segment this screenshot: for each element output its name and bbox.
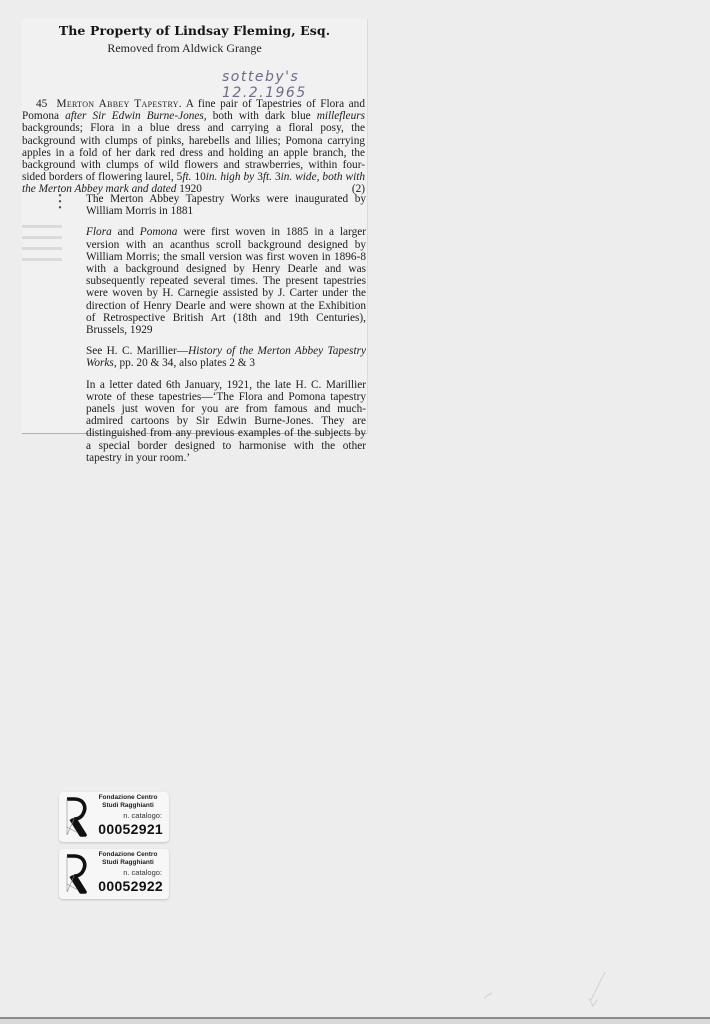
handwritten-annotation: sotteby's 12.2.1965 bbox=[222, 69, 367, 101]
bleed-through-text bbox=[22, 225, 62, 269]
asterism-mark: • •• bbox=[54, 194, 68, 212]
note-inauguration: The Merton Abbey Tapestry Works were ina… bbox=[86, 193, 366, 217]
lot-description: 45 Merton Abbey Tapestry. A fine pair of… bbox=[22, 98, 365, 196]
institution-name-line1: Fondazione Centro bbox=[89, 851, 167, 859]
catalogue-notes: The Merton Abbey Tapestry Works were ina… bbox=[86, 193, 366, 473]
catalog-number-label: n. catalogo: bbox=[123, 811, 162, 820]
provenance-line: Removed from Aldwick Grange bbox=[2, 41, 367, 55]
scan-background bbox=[0, 1019, 710, 1024]
note-weaving-history: Flora and Pomona were first woven in 188… bbox=[86, 226, 366, 336]
catalog-number: 00052922 bbox=[98, 878, 163, 894]
ragghianti-r-logo-icon bbox=[64, 854, 88, 894]
pencil-smudge-icon bbox=[482, 990, 496, 1000]
institution-name-line1: Fondazione Centro bbox=[89, 794, 167, 802]
note-letter-quote: In a letter dated 6th January, 1921, the… bbox=[86, 379, 366, 464]
institution-name-line2: Studi Ragghianti bbox=[89, 859, 167, 867]
lot-number: 45 bbox=[36, 98, 47, 110]
catalog-number: 00052921 bbox=[98, 821, 163, 837]
note-reference: See H. C. Marillier—History of the Merto… bbox=[86, 345, 366, 369]
lot-title: Merton Abbey Tapestry. bbox=[56, 98, 181, 110]
owner-heading: The Property of Lindsay Fleming, Esq. bbox=[22, 23, 367, 39]
pencil-smudge-icon bbox=[585, 970, 609, 1010]
auction-catalogue-clipping: The Property of Lindsay Fleming, Esq. Re… bbox=[22, 19, 367, 433]
catalog-number-label: n. catalogo: bbox=[123, 868, 162, 877]
institution-name-line2: Studi Ragghianti bbox=[89, 802, 167, 810]
catalog-label-1: Fondazione Centro Studi Ragghianti n. ca… bbox=[59, 792, 169, 842]
clipping-header: The Property of Lindsay Fleming, Esq. Re… bbox=[22, 23, 367, 55]
catalog-label-2: Fondazione Centro Studi Ragghianti n. ca… bbox=[59, 849, 169, 899]
ragghianti-r-logo-icon bbox=[64, 797, 88, 837]
